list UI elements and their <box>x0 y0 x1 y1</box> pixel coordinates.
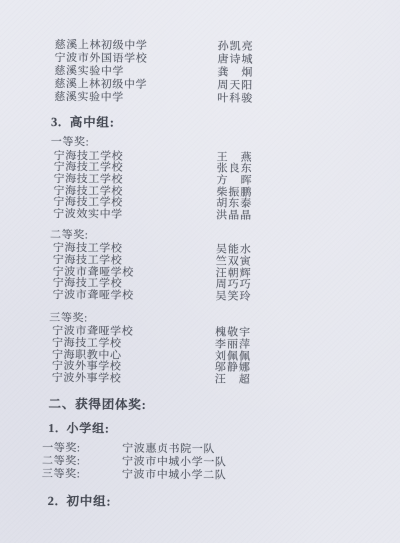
first-prize-list: 宁海技工学校 王 燕 宁海技工学校 张良东 宁海技工学校 方 晖 宁海技工学校 … <box>0 149 399 222</box>
winner-name: 叶科骏 <box>217 89 253 105</box>
junior-group-heading: 2. 初中组: <box>48 493 396 513</box>
award-row: 宁波效实中学 洪晶晶 <box>0 207 398 222</box>
school-name: 宁波效实中学 <box>53 205 216 222</box>
winner-name: 汪 超 <box>215 370 251 386</box>
primary-school-group-heading: 1. 小学组: <box>48 420 396 440</box>
award-row: 宁波外事学校 汪 超 <box>0 370 397 385</box>
team-award-row: 三等奖: 宁波市中城小学二队 <box>0 466 396 482</box>
winner-name: 吴笑玲 <box>215 287 251 303</box>
prize-tier-label: 三等奖: <box>42 465 122 482</box>
high-school-group-heading: 3. 高中组: <box>51 114 399 134</box>
team-name: 宁波市中城小学二队 <box>122 466 227 483</box>
award-row: 慈溪实验中学 叶科骏 <box>0 89 399 105</box>
page-content: 慈溪上林初级中学 孙凯亮 宁波市外国语学校 唐诗城 慈溪实验中学 龚 炯 慈溪上… <box>0 0 400 513</box>
award-row: 宁波市聋哑学校 吴笑玲 <box>0 288 398 303</box>
school-name: 慈溪实验中学 <box>54 88 217 105</box>
scanned-document-page: 慈溪上林初级中学 孙凯亮 宁波市外国语学校 唐诗城 慈溪实验中学 龚 炯 慈溪上… <box>0 0 400 543</box>
third-prize-list: 宁波市聋哑学校 槐敬宇 宁海技工学校 李丽萍 宁海职教中心 刘佩佩 宁波外事学校… <box>0 324 397 385</box>
team-awards-list: 一等奖: 宁波惠贞书院一队 二等奖: 宁波市中城小学一队 三等奖: 宁波市中城小… <box>0 440 396 482</box>
second-prize-list: 宁海技工学校 吴能水 宁海技工学校 竺双寅 宁波市聋哑学校 汪朝辉 宁海技工学校… <box>0 241 398 302</box>
school-name: 宁波市聋哑学校 <box>52 286 215 303</box>
individual-awards-continued-list: 慈溪上林初级中学 孙凯亮 宁波市外国语学校 唐诗城 慈溪实验中学 龚 炯 慈溪上… <box>0 0 400 105</box>
winner-name: 洪晶晶 <box>216 206 252 222</box>
school-name: 宁波外事学校 <box>52 369 215 386</box>
team-awards-heading: 二、获得团体奖: <box>48 396 396 416</box>
